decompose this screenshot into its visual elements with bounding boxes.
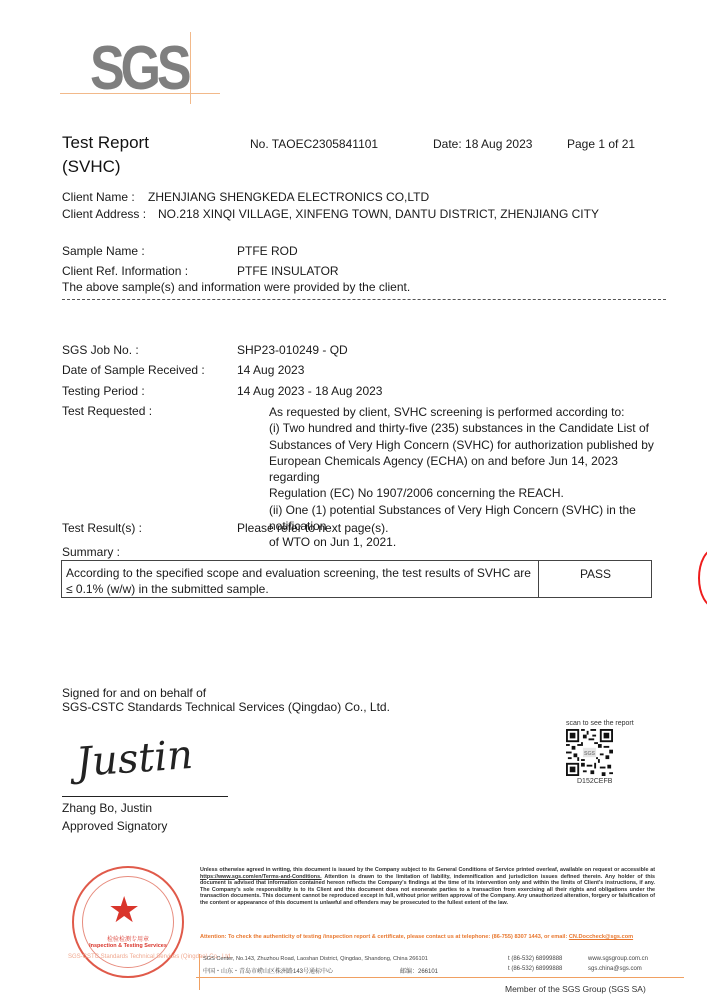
disclaimer-text-pre: Unless otherwise agreed in writing, this… (200, 867, 655, 873)
footer-rule (196, 977, 684, 978)
signature-line (62, 796, 228, 797)
job-no-value: SHP23-010249 - QD (237, 343, 348, 357)
requested-line: As requested by client, SVHC screening i… (269, 404, 669, 420)
requested-line: Regulation (EC) No 1907/2006 concerning … (269, 485, 669, 501)
footer-website[interactable]: www.sgsgroup.com.cn (588, 956, 648, 962)
period-label: Testing Period : (62, 384, 145, 398)
report-subtitle: (SVHC) (62, 157, 121, 177)
received-value: 14 Aug 2023 (237, 363, 304, 377)
job-no-label: SGS Job No. : (62, 343, 139, 357)
client-address-value: NO.218 XINQI VILLAGE, XINFENG TOWN, DANT… (158, 207, 599, 221)
footer-vertical-rule (199, 954, 200, 990)
signatory-name: Zhang Bo, Justin (62, 801, 152, 815)
summary-label: Summary : (62, 545, 120, 559)
qr-center-label: SGS (584, 751, 596, 757)
client-address-label: Client Address : (62, 207, 146, 221)
report-date: Date: 18 Aug 2023 (433, 137, 532, 151)
authenticity-notice: Attention: To check the authenticity of … (200, 934, 660, 941)
legal-disclaimer: Unless otherwise agreed in writing, this… (200, 867, 655, 907)
requested-line: of WTO on Jun 1, 2021. (269, 534, 669, 550)
stamp-cn-text: 检验检测专用章 (74, 934, 182, 943)
result-label: Test Result(s) : (62, 521, 142, 535)
doccheck-email-link[interactable]: CN.Doccheck@sgs.com (569, 934, 633, 940)
requested-label: Test Requested : (62, 404, 152, 418)
handwritten-signature: Justin (75, 732, 195, 786)
result-value: Please refer to next page(s). (237, 521, 388, 535)
qr-code-id: D152CEFB (577, 778, 612, 785)
attention-text: Attention: To check the authenticity of … (200, 934, 569, 940)
stamp-star-icon: ★ (108, 892, 140, 928)
logo-vertical-rule (190, 32, 191, 104)
stamp-en-text: Inspection & Testing Services (74, 943, 182, 949)
requested-line: Substances of Very High Concern (SVHC) f… (269, 437, 669, 453)
summary-verdict: PASS (539, 567, 652, 581)
official-stamp: ★ 检验检测专用章 Inspection & Testing Services (72, 866, 184, 978)
footer-phone-1: t (86-532) 68999888 (508, 956, 562, 962)
sample-name-label: Sample Name : (62, 244, 145, 258)
terms-link[interactable]: https://www.sgs.com/en/Terms-and-Conditi… (200, 874, 322, 880)
qr-caption: scan to see the report (566, 720, 634, 727)
sample-note: The above sample(s) and information were… (62, 280, 410, 294)
received-label: Date of Sample Received : (62, 363, 205, 377)
client-ref-value: PTFE INSULATOR (237, 264, 339, 278)
footer-phone-2: t (86-532) 68999888 (508, 966, 562, 972)
period-value: 14 Aug 2023 - 18 Aug 2023 (237, 384, 382, 398)
client-ref-label: Client Ref. Information : (62, 264, 188, 278)
logo-horizontal-rule (60, 93, 220, 94)
sgs-logo-text: SGS (90, 38, 187, 100)
sample-name-value: PTFE ROD (237, 244, 298, 258)
signing-company: SGS-CSTC Standards Technical Services (Q… (62, 700, 390, 714)
red-seal-edge (698, 548, 707, 608)
page-indicator: Page 1 of 21 (567, 137, 635, 151)
dashed-divider (62, 299, 666, 300)
report-title: Test Report (62, 133, 149, 153)
requested-line: European Chemicals Agency (ECHA) on and … (269, 453, 669, 486)
report-number: No. TAOEC2305841101 (250, 137, 378, 151)
requested-line: (i) Two hundred and thirty-five (235) su… (269, 420, 669, 436)
signed-on-behalf: Signed for and on behalf of (62, 686, 206, 700)
summary-table: According to the specified scope and eva… (61, 560, 652, 598)
qr-code[interactable]: SGS (566, 729, 613, 776)
signatory-role: Approved Signatory (62, 819, 167, 833)
sgs-logo: SGS (84, 38, 214, 108)
footer-email[interactable]: sgs.china@sgs.com (588, 966, 642, 972)
footer-address-en: SGS Center, No.143, Zhuzhou Road, Laosha… (203, 956, 428, 962)
sgs-membership: Member of the SGS Group (SGS SA) (505, 984, 646, 994)
client-name-value: ZHENJIANG SHENGKEDA ELECTRONICS CO,LTD (148, 190, 429, 204)
summary-text: According to the specified scope and eva… (66, 565, 536, 597)
footer-postcode-cn: 邮编：266101 (400, 966, 438, 975)
footer-address-cn: 中国・山东・青岛市崂山区株洲路143号通标中心 (203, 966, 333, 975)
client-name-label: Client Name : (62, 190, 135, 204)
